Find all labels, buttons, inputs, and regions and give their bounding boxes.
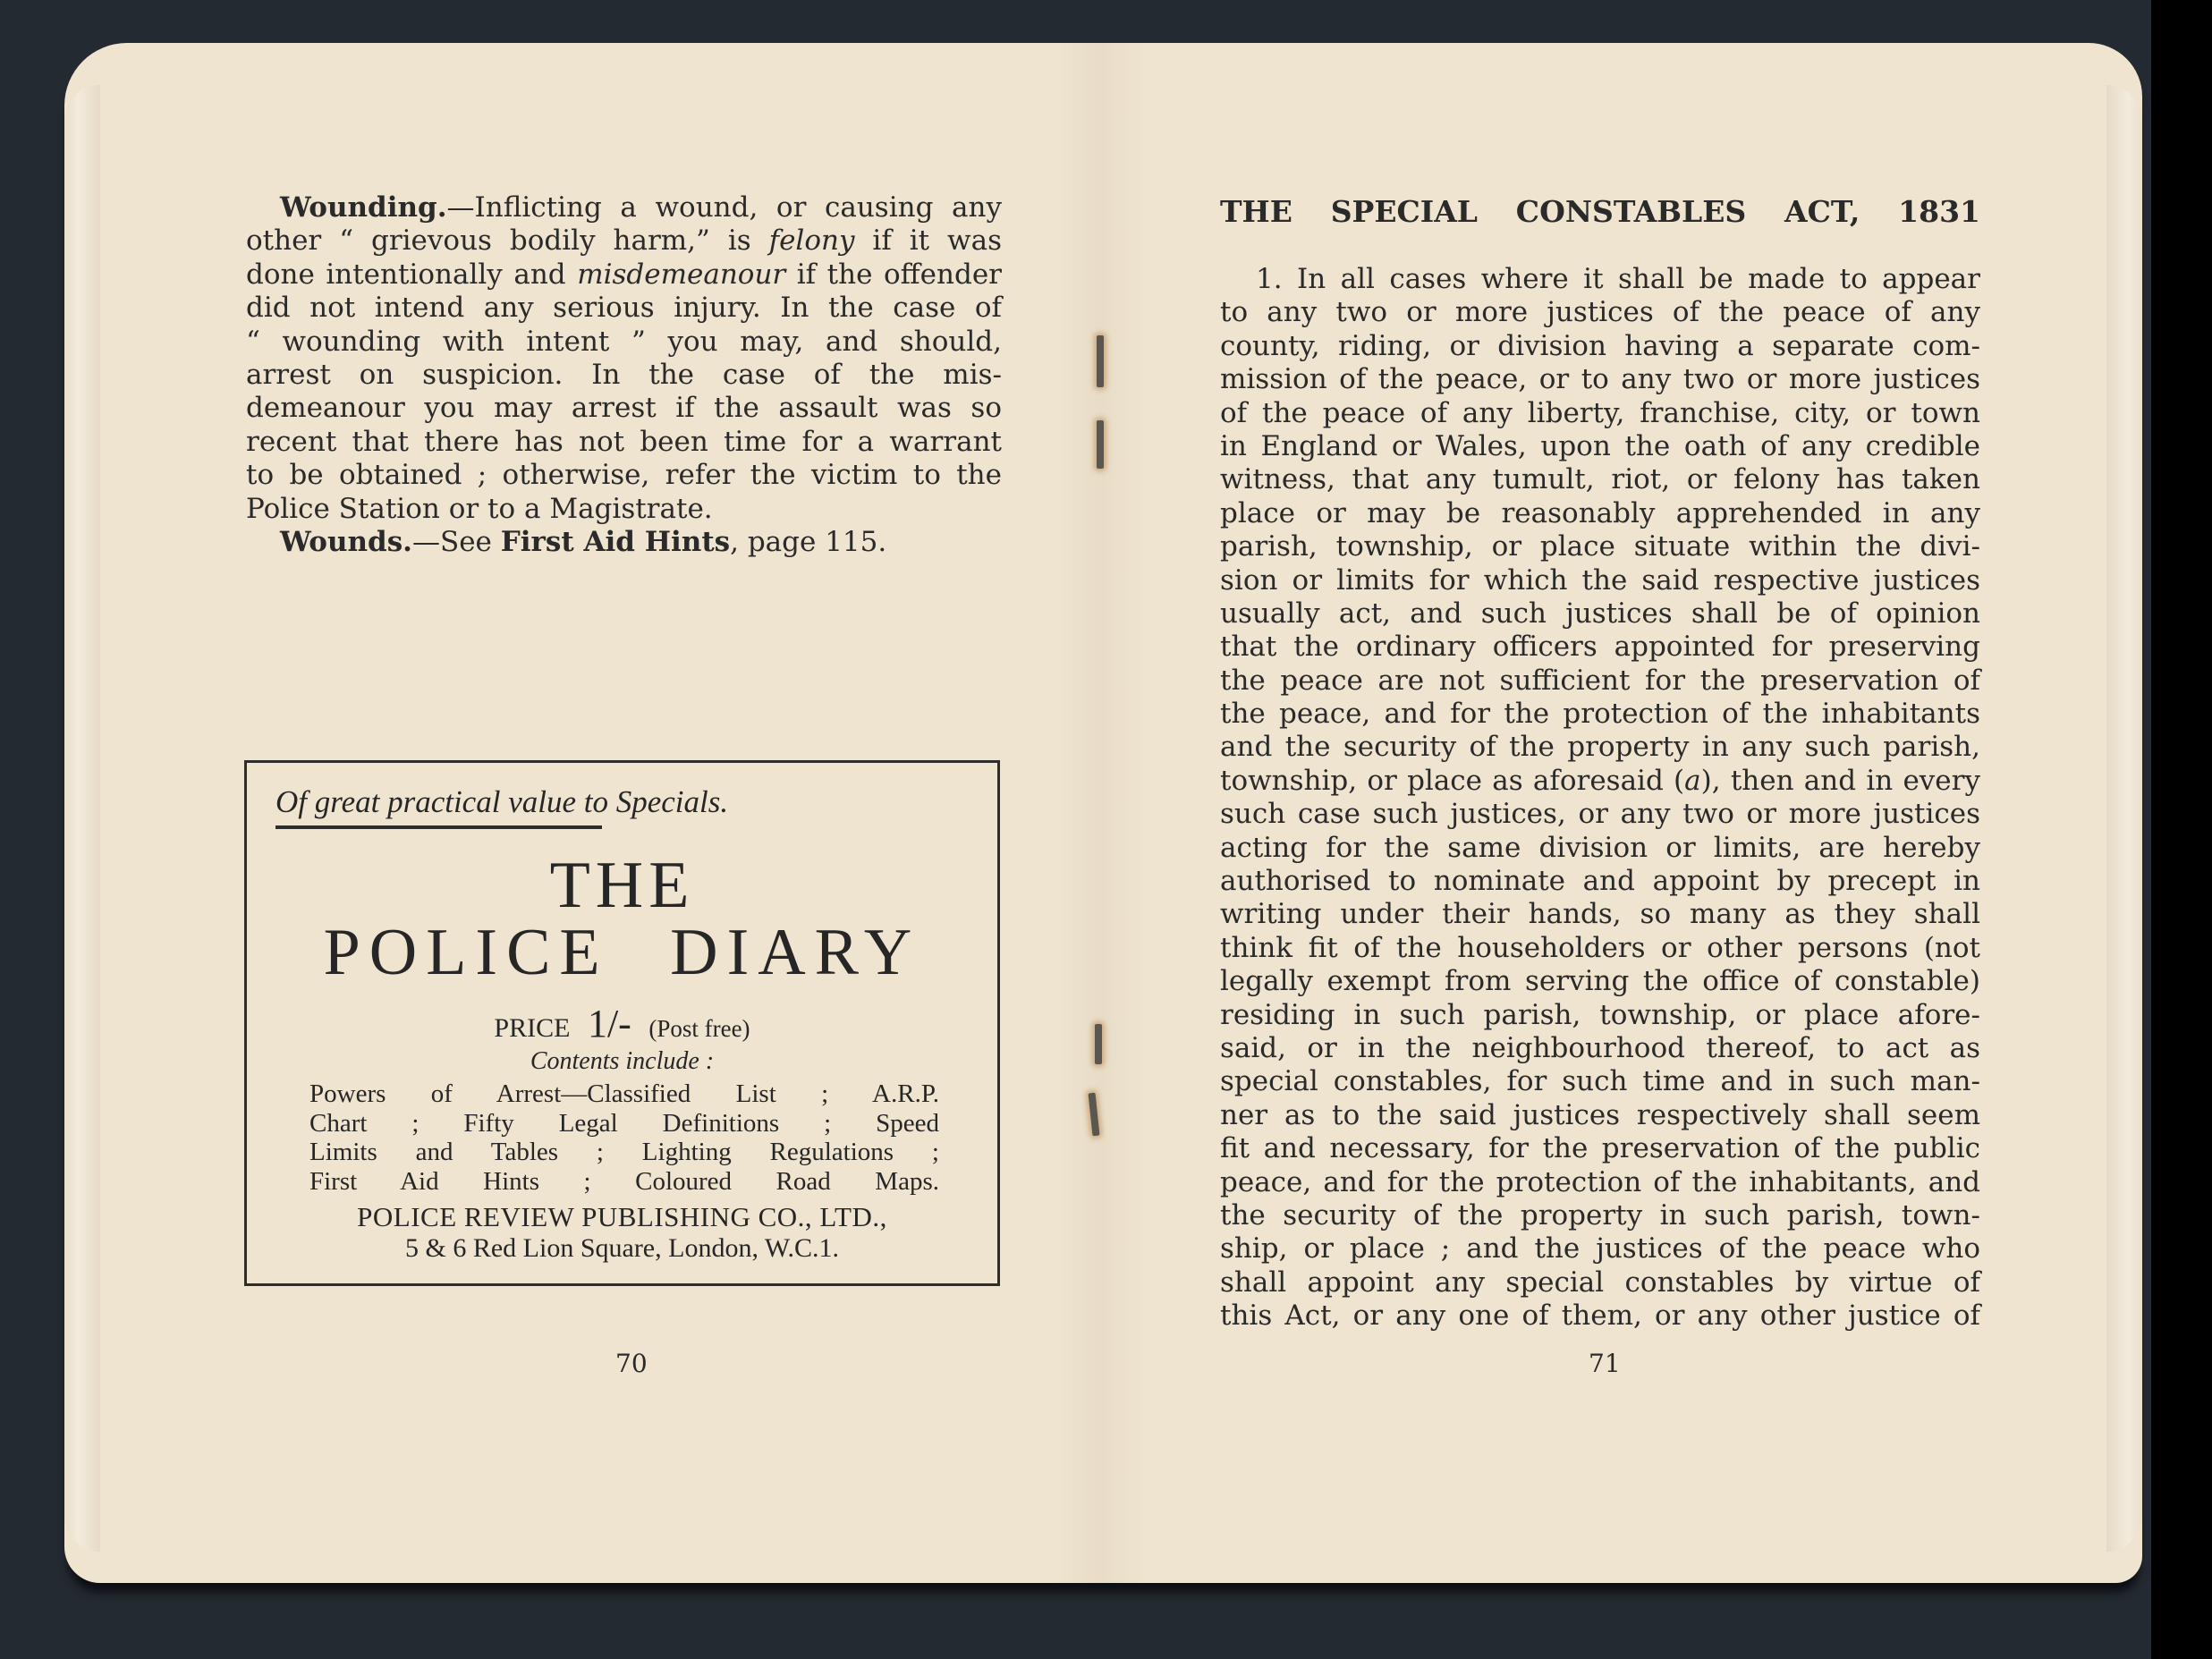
ad-price: PRICE 1/- (Post free) <box>247 1001 997 1046</box>
text-run: this Act, or any one of them, or any oth… <box>1220 1299 1980 1332</box>
text-run: that the ordinary officers appointed for… <box>1220 631 1980 663</box>
bold-term: First Aid Hints <box>501 526 730 558</box>
text-run: and the security of the property in any … <box>1220 731 1980 763</box>
section-title: THE SPECIAL CONSTABLES ACT, 1831 <box>1220 194 1980 229</box>
text-run: legally exempt from serving the office o… <box>1220 965 1980 997</box>
text-line: parish, township, or place situate withi… <box>1220 530 1980 563</box>
price-value: 1/- <box>588 1002 631 1045</box>
text-line: “ wounding with intent ” you may, and sh… <box>246 326 1002 359</box>
text-run: residing in such parish, township, or pl… <box>1220 999 1980 1031</box>
staple-icon <box>1097 420 1104 469</box>
text-run: , page 115. <box>730 526 886 558</box>
text-run: authorised to nominate and appoint by pr… <box>1220 865 1980 897</box>
text-line: in England or Wales, upon the oath of an… <box>1220 430 1980 463</box>
text-line: ship, or place ; and the justices of the… <box>1220 1232 1980 1265</box>
police-diary-advertisement: Of great practical value to Specials. TH… <box>244 760 1000 1286</box>
text-run: other “ grievous bodily harm,” is <box>246 224 769 257</box>
italic-term: misdemeanour <box>577 258 785 291</box>
text-run: peace, and for the protection of the inh… <box>1220 1166 1980 1198</box>
ad-contents-line: Limits and Tables ; Lighting Regulations… <box>309 1138 939 1167</box>
ad-contents-line: Chart ; Fifty Legal Definitions ; Speed <box>309 1109 939 1138</box>
text-run: such case such justices, or any two or m… <box>1220 798 1980 830</box>
italic-term: a <box>1684 765 1700 797</box>
text-line: residing in such parish, township, or pl… <box>1220 999 1980 1032</box>
text-line: done intentionally and misdemeanour if t… <box>246 258 1002 292</box>
text-run: special constables, for such time and in… <box>1220 1065 1980 1097</box>
text-line: to be obtained ; otherwise, refer the vi… <box>246 459 1002 492</box>
text-line: this Act, or any one of them, or any oth… <box>1220 1299 1980 1333</box>
text-line: arrest on suspicion. In the case of the … <box>246 359 1002 392</box>
ad-contents-list: Powers of Arrest—Classified List ; A.R.P… <box>309 1079 939 1196</box>
text-line: place or may be reasonably apprehended i… <box>1220 497 1980 530</box>
italic-term: felony <box>769 224 855 257</box>
text-run: arrest on suspicion. In the case of the … <box>246 359 1002 391</box>
text-line: such case such justices, or any two or m… <box>1220 798 1980 831</box>
text-run: done intentionally and <box>246 258 577 291</box>
bold-term: Wounds. <box>280 526 412 558</box>
scan-border-strip <box>2151 0 2212 1659</box>
text-run: in England or Wales, upon the oath of an… <box>1220 430 1980 462</box>
text-line: of the peace of any liberty, franchise, … <box>1220 397 1980 430</box>
text-run: usually act, and such justices shall be … <box>1220 597 1980 630</box>
text-line: other “ grievous bodily harm,” is felony… <box>246 224 1002 258</box>
text-line: the peace, and for the protection of the… <box>1220 698 1980 731</box>
text-run: writing under their hands, so many as th… <box>1220 898 1980 930</box>
text-line: mission of the peace, or to any two or m… <box>1220 363 1980 396</box>
text-line: township, or place as aforesaid (a), the… <box>1220 765 1980 798</box>
text-run: demeanour you may arrest if the assault … <box>246 392 1002 424</box>
ad-title-the: THE <box>247 848 997 924</box>
text-run: the security of the property in such par… <box>1220 1199 1980 1232</box>
ad-publisher: POLICE REVIEW PUBLISHING CO., LTD., <box>247 1201 997 1233</box>
text-run: if the offender <box>785 258 1002 291</box>
text-run: place or may be reasonably apprehended i… <box>1220 497 1980 529</box>
text-run: did not intend any serious injury. In th… <box>246 292 1002 324</box>
text-run: ), then and in every <box>1701 765 1980 797</box>
ad-tagline: Of great practical value to Specials. <box>275 784 602 829</box>
text-run: to be obtained ; otherwise, refer the vi… <box>246 459 1002 491</box>
text-line: acting for the same division or limits, … <box>1220 832 1980 865</box>
text-line: think fit of the householders or other p… <box>1220 932 1980 965</box>
ad-title-police-diary: POLICE DIARY <box>247 915 997 991</box>
text-line: witness, that any tumult, riot, or felon… <box>1220 463 1980 496</box>
text-line: peace, and for the protection of the inh… <box>1220 1166 1980 1199</box>
text-line: fit and necessary, for the preservation … <box>1220 1132 1980 1165</box>
text-line: the peace are not sufficient for the pre… <box>1220 664 1980 698</box>
text-line: Wounding.—Inflicting a wound, or causing… <box>246 191 1002 224</box>
staple-icon <box>1097 335 1104 387</box>
text-line: writing under their hands, so many as th… <box>1220 898 1980 931</box>
text-run: township, or place as aforesaid ( <box>1220 765 1684 797</box>
text-line: sion or limits for which the said respec… <box>1220 564 1980 597</box>
text-run: acting for the same division or limits, … <box>1220 832 1980 864</box>
text-run: recent that there has not been time for … <box>246 426 1002 458</box>
text-line: legally exempt from serving the office o… <box>1220 965 1980 998</box>
ad-contents-label: Contents include : <box>247 1047 997 1076</box>
price-note: (Post free) <box>648 1015 750 1042</box>
text-line: recent that there has not been time for … <box>246 426 1002 459</box>
ad-address: 5 & 6 Red Lion Square, London, W.C.1. <box>247 1233 997 1264</box>
text-run: to any two or more justices of the peace… <box>1220 296 1980 328</box>
text-run: said, or in the neighbourhood thereof, t… <box>1220 1032 1980 1064</box>
text-run: “ wounding with intent ” you may, and sh… <box>246 326 1002 358</box>
text-run: witness, that any tumult, riot, or felon… <box>1220 463 1980 495</box>
book-gutter <box>1055 43 1145 1583</box>
text-run: fit and necessary, for the preservation … <box>1220 1132 1980 1164</box>
bold-term: Wounding. <box>280 191 447 224</box>
text-run: sion or limits for which the said respec… <box>1220 564 1980 597</box>
text-line: ner as to the said justices respectively… <box>1220 1099 1980 1132</box>
text-run: ship, or place ; and the justices of the… <box>1220 1232 1980 1265</box>
text-run: the peace, and for the protection of the… <box>1220 698 1980 730</box>
text-run: 1. In all cases where it shall be made t… <box>1256 263 1980 295</box>
text-line: authorised to nominate and appoint by pr… <box>1220 865 1980 898</box>
text-run: of the peace of any liberty, franchise, … <box>1220 397 1980 429</box>
page-edges-left <box>64 85 100 1552</box>
text-line: usually act, and such justices shall be … <box>1220 597 1980 631</box>
text-line: and the security of the property in any … <box>1220 731 1980 764</box>
text-run: mission of the peace, or to any two or m… <box>1220 363 1980 395</box>
text-line: Police Station or to a Magistrate. <box>246 493 1002 526</box>
right-page-body: 1. In all cases where it shall be made t… <box>1220 263 1980 1333</box>
page-number-right: 71 <box>1589 1349 1621 1378</box>
text-run: if it was <box>854 224 1002 257</box>
text-line: that the ordinary officers appointed for… <box>1220 631 1980 664</box>
text-run: shall appoint any special constables by … <box>1220 1266 1980 1299</box>
left-page-body: Wounding.—Inflicting a wound, or causing… <box>246 191 1002 559</box>
ad-contents-line: Powers of Arrest—Classified List ; A.R.P… <box>309 1079 939 1109</box>
text-run: parish, township, or place situate withi… <box>1220 530 1980 563</box>
text-run: —See <box>412 526 501 558</box>
ad-contents-line: First Aid Hints ; Coloured Road Maps. <box>309 1167 939 1197</box>
text-line: demeanour you may arrest if the assault … <box>246 392 1002 425</box>
text-run: ner as to the said justices respectively… <box>1220 1099 1980 1131</box>
staple-icon <box>1095 1024 1102 1064</box>
text-line: did not intend any serious injury. In th… <box>246 292 1002 325</box>
text-run: think fit of the householders or other p… <box>1220 932 1980 964</box>
text-line: county, riding, or division having a sep… <box>1220 330 1980 363</box>
text-line: special constables, for such time and in… <box>1220 1065 1980 1098</box>
text-run: —Inflicting a wound, or causing any <box>447 191 1003 224</box>
text-run: the peace are not sufficient for the pre… <box>1220 664 1980 697</box>
text-line: said, or in the neighbourhood thereof, t… <box>1220 1032 1980 1065</box>
page-edges-right <box>2106 85 2142 1552</box>
price-label: PRICE <box>494 1013 570 1043</box>
text-line: to any two or more justices of the peace… <box>1220 296 1980 329</box>
page-number-left: 70 <box>615 1349 648 1378</box>
text-line: 1. In all cases where it shall be made t… <box>1220 263 1980 296</box>
text-run: Police Station or to a Magistrate. <box>246 493 713 525</box>
text-line: Wounds.—See First Aid Hints, page 115. <box>246 526 1002 559</box>
text-run: county, riding, or division having a sep… <box>1220 330 1980 362</box>
text-line: the security of the property in such par… <box>1220 1199 1980 1232</box>
text-line: shall appoint any special constables by … <box>1220 1266 1980 1299</box>
